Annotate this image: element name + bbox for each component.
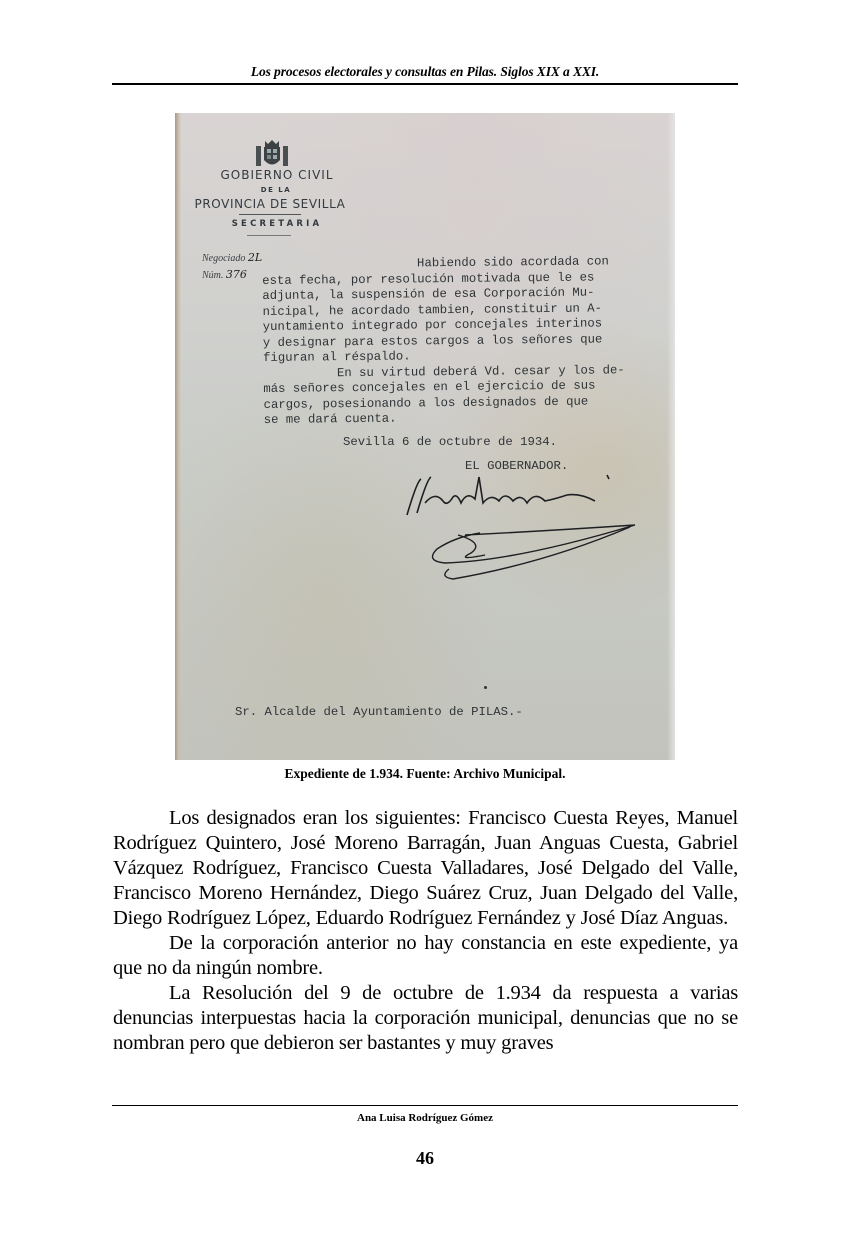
figure-caption: Expediente de 1.934. Fuente: Archivo Mun… — [112, 766, 738, 782]
negociado-field: Negociado 2L — [202, 251, 262, 264]
negociado-label: Negociado — [202, 253, 245, 264]
typed-date-line: Sevilla 6 de octubre de 1934. — [343, 435, 557, 451]
body-text: Los designados eran los siguientes: Fran… — [113, 806, 738, 1056]
letterhead-de-la: DE LA — [187, 186, 365, 194]
handwritten-signature-icon — [395, 473, 665, 583]
page-number: 46 — [112, 1148, 738, 1169]
footer-rule — [112, 1105, 738, 1106]
ink-dot — [484, 686, 487, 689]
letterhead-secretaria: SECRETARIA — [189, 219, 365, 229]
document-photo: GOBIERNO CIVIL DE LA PROVINCIA DE SEVILL… — [175, 113, 675, 760]
letterhead: GOBIERNO CIVIL DE LA PROVINCIA DE SEVILL… — [175, 168, 365, 236]
paragraph-resolucion: La Resolución del 9 de octubre de 1.934 … — [113, 981, 738, 1056]
num-label: Núm. — [202, 270, 223, 281]
negociado-value: 2L — [248, 251, 262, 264]
num-value: 376 — [226, 268, 247, 281]
num-field: Núm. 376 — [202, 268, 247, 281]
header-rule — [112, 83, 738, 85]
letterhead-rule — [239, 214, 301, 215]
coat-of-arms-icon — [253, 138, 291, 170]
paragraph-designados: Los designados eran los siguientes: Fran… — [113, 806, 738, 931]
letterhead-rule-2 — [247, 235, 291, 236]
running-header-title: Los procesos electorales y consultas en … — [112, 64, 738, 80]
letterhead-gobierno-civil: GOBIERNO CIVIL — [189, 168, 365, 182]
letterhead-provincia: PROVINCIA DE SEVILLA — [175, 197, 365, 211]
footer-author: Ana Luisa Rodríguez Gómez — [112, 1112, 738, 1124]
typed-addressee: Sr. Alcalde del Ayuntamiento de PILAS.- — [235, 705, 523, 721]
paragraph-corporacion-anterior: De la corporación anterior no hay consta… — [113, 931, 738, 981]
typed-letter-body: Habiendo sido acordada con esta fecha, p… — [262, 254, 625, 428]
